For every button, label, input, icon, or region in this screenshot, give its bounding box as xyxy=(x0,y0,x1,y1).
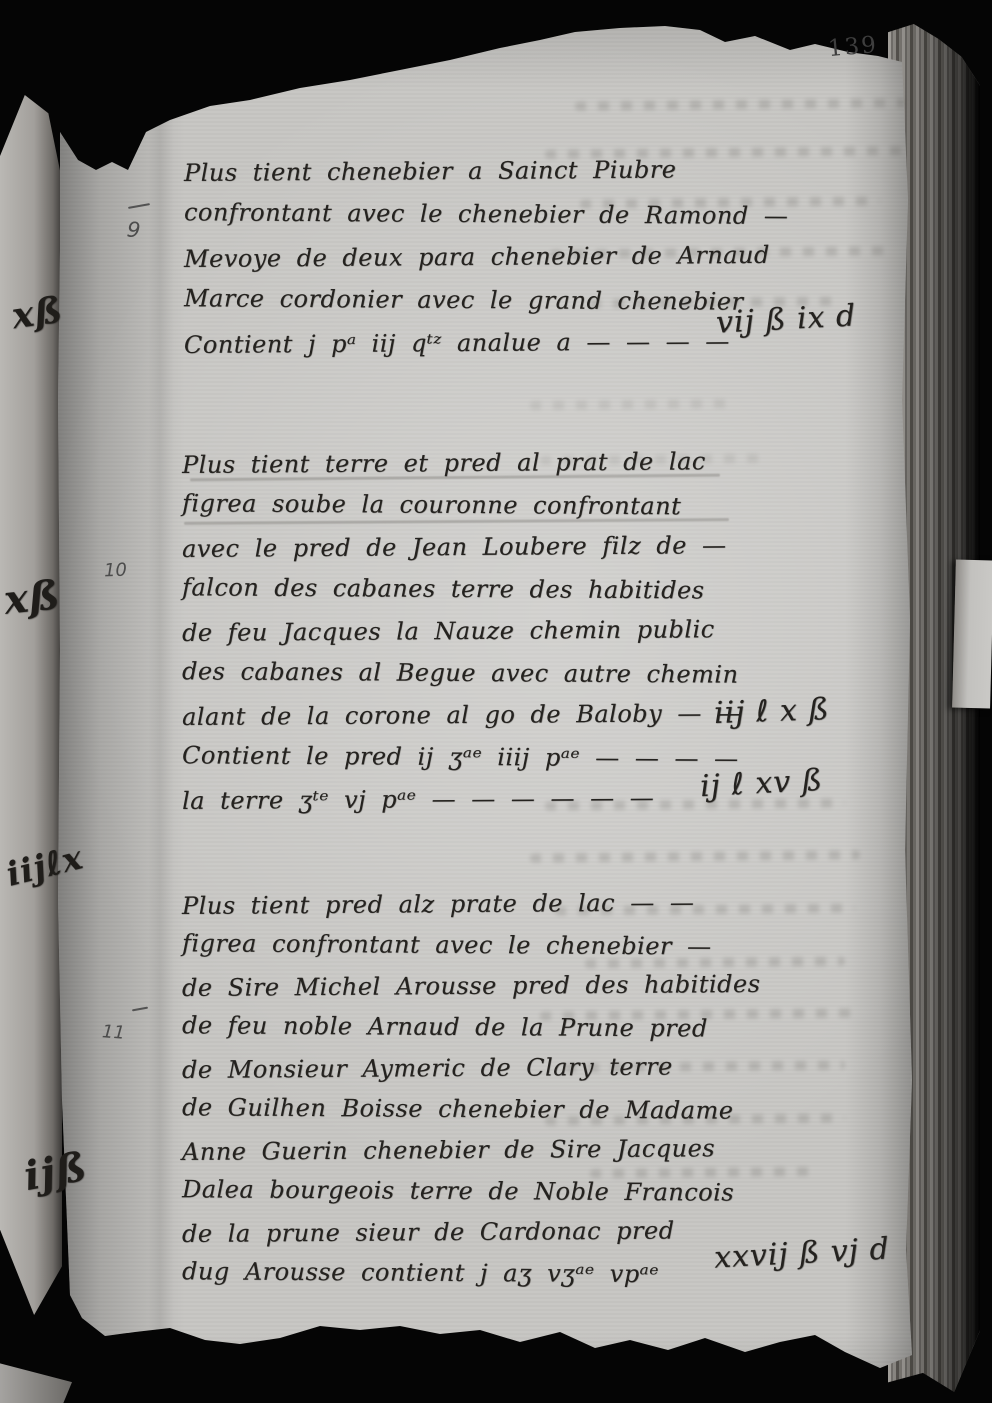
entry-1-amount: vij ß ix d xyxy=(715,298,857,340)
manuscript-line: alant de la corone al go de Baloby — — xyxy=(182,692,752,738)
protruding-page-tab xyxy=(952,560,992,709)
manuscript-line: Anne Guerin chenebier de Sire Jacques xyxy=(182,1128,752,1173)
manuscript-line: Plus tient terre et pred al prat de lac xyxy=(182,440,752,486)
manuscript-scan: 139 9 10 11 xß xß iijℓx ijß Plus tient c… xyxy=(0,0,992,1403)
manuscript-line: Plus tient chenebier a Sainct Piubre xyxy=(184,148,754,195)
manuscript-line: confrontant avec le chenebier de Ramond … xyxy=(184,191,754,237)
previous-page-edge-bottom xyxy=(0,1348,72,1403)
manuscript-line: figrea confrontant avec le chenebier — xyxy=(182,923,752,967)
manuscript-line: Mevoye de deux para chenebier de Arnaud xyxy=(184,234,754,281)
pencil-item-number: 10 xyxy=(104,560,128,582)
entry-2-amount-terre: ij ℓ xv ß xyxy=(699,763,823,804)
pencil-item-number: 11 xyxy=(101,1021,125,1044)
manuscript-line: de feu noble Arnaud de la Prune pred xyxy=(182,1005,752,1049)
manuscript-line: de la prune sieur de Cardonac pred xyxy=(182,1210,752,1255)
manuscript-line: dug Arousse contient j aʒ vʒᵃᵉ vpᵃᵉ xyxy=(182,1251,752,1295)
manuscript-line: des cabanes al Begue avec autre chemin xyxy=(182,650,752,695)
manuscript-line: Contient le pred ij ʒᵃᵉ iiij pᵃᵉ — — — — xyxy=(182,734,752,779)
manuscript-line: figrea soube la couronne confrontant xyxy=(182,482,752,527)
manuscript-line: de Sire Michel Arousse pred des habitide… xyxy=(182,964,752,1009)
manuscript-line: Dalea bourgeois terre de Noble Francois xyxy=(182,1169,752,1213)
manuscript-line: avec le pred de Jean Loubere filz de — xyxy=(182,524,752,570)
manuscript-line: Plus tient pred alz prate de lac — — xyxy=(182,882,752,927)
margin-tax-mark: xß xyxy=(2,571,63,624)
entry-2-amount-pred: iij ℓ x ß xyxy=(713,692,830,731)
manuscript-line: la terre ʒᵗᵉ vj pᵃᵉ — — — — — — xyxy=(182,776,752,822)
margin-tax-mark: xß xyxy=(9,289,65,338)
pencil-item-number: 9 xyxy=(126,217,142,242)
manuscript-line: falcon des cabanes terre des habitides xyxy=(182,566,752,611)
folio-number: 139 xyxy=(827,32,879,62)
manuscript-line: de Monsieur Aymeric de Clary terre xyxy=(182,1046,752,1091)
entry-2: Plus tient terre et pred al prat de lac … xyxy=(182,442,752,820)
previous-page-edge xyxy=(0,95,62,1315)
manuscript-line: de feu Jacques la Nauze chemin public xyxy=(182,608,752,654)
manuscript-line: de Guilhen Boisse chenebier de Madame xyxy=(182,1087,752,1131)
entry-1: Plus tient chenebier a Sainct Piubre con… xyxy=(184,150,754,365)
entry-3: Plus tient pred alz prate de lac — — fig… xyxy=(182,884,752,1294)
manuscript-line: Contient j pᵃ iij qᵗᶻ analue a — — — — xyxy=(184,320,754,367)
manuscript-line: Marce cordonier avec le grand chenebier xyxy=(184,277,754,323)
